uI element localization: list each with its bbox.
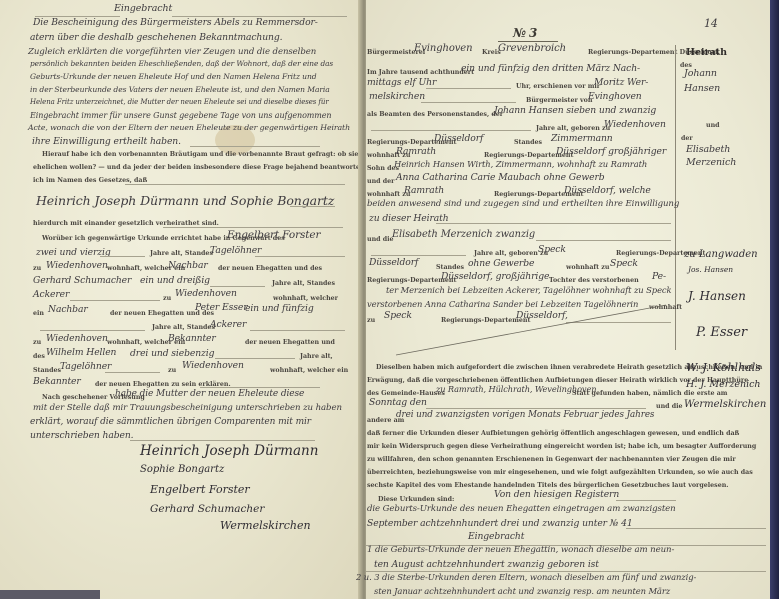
printed-label: Uhr, erschienen vor mir: [516, 84, 600, 90]
label: zu: [33, 266, 41, 272]
label: zu: [33, 340, 41, 346]
witness-2-relation: Nachbar: [48, 305, 88, 314]
label: ein: [33, 311, 44, 317]
printed-label: und der: [367, 179, 394, 185]
handwritten-entry: Düsseldorf, großjährige: [441, 272, 549, 281]
printed-body: daß ferner die Urkunden dieser Aufbietun…: [367, 431, 739, 437]
kreis-value: Grevenbroich: [498, 44, 566, 54]
paragraph-line: Zugleich erklärten die vorgeführten vier…: [28, 48, 316, 57]
label: der neuen Ehegatten und: [245, 340, 335, 346]
handwritten-entry: Speck: [538, 245, 566, 254]
witness-3-relation: Bekannter: [168, 334, 216, 343]
witness-3-occupation: Ackerer: [210, 320, 246, 329]
label: wohnhaft, welcher: [273, 296, 338, 302]
signature-groom: Heinrich Joseph Dürmann: [140, 445, 318, 459]
entry-number: 3: [529, 27, 537, 39]
first-publication-date: Sonntag den: [369, 398, 427, 407]
printed-label: als Beamten des Personenstandes, der: [367, 112, 503, 118]
signature-bride: Sophie Bongartz: [140, 465, 224, 475]
buergermeisterei-value: Evinghoven: [414, 44, 472, 54]
printed-und-die: und die: [656, 404, 683, 410]
paragraph-line: in der Sterbeurkunde des Vaters der neue…: [30, 86, 330, 94]
documents-line: Von den hiesigen Registern: [494, 490, 619, 499]
witness-4-residence: Wiedenhoven: [182, 361, 244, 370]
heading-eingebracht: Eingebracht: [114, 4, 172, 14]
witness-4-occupation: Tagelöhner: [60, 362, 111, 371]
closing-line: mit der Stelle daß mir Trauungsbescheini…: [33, 404, 342, 413]
second-publication-date: drei und zwanzigsten vorigen Monats Febr…: [396, 411, 654, 420]
printed-body: zu willfahren, den schon genannten Ersch…: [367, 457, 736, 463]
witness-3-name: Peter Esser: [195, 303, 248, 312]
witness-3-age: ein und fünfzig: [245, 304, 314, 313]
handwritten-entry: Elisabeth Merzenich zwanzig: [392, 230, 535, 240]
label: zu: [163, 296, 171, 302]
handwritten-entry: Pe-: [652, 272, 666, 281]
paragraph-line: Acte, wonach die von der Eltern der neue…: [28, 124, 350, 132]
printed-body: überreichten, beziehungsweise von mir ei…: [367, 470, 753, 476]
closing-line: erklärt, worauf die sämmtlichen übrigen …: [30, 418, 311, 427]
witness-2-residence: Wiedenhoven: [175, 289, 237, 298]
handwritten-entry: Düsseldorf: [369, 258, 418, 267]
margin-title: Heirath: [686, 48, 727, 58]
documents-line: Eingebracht: [468, 532, 524, 541]
closing-line: habe die Mutter der neuen Eheleute diese: [115, 390, 304, 399]
printed-label: Im Jahre tausend achthundert: [367, 70, 474, 76]
right-page: 14 № 3 Bürgermeisterei Evinghoven Kreis …: [366, 0, 770, 599]
margin-signature: P. Esser: [696, 326, 747, 339]
printed-label: Jahre alt, geboren zu: [536, 126, 610, 132]
margin-und: und: [706, 123, 720, 129]
label: des: [33, 354, 45, 360]
signature-witness-1: Engelbert Forster: [150, 484, 250, 495]
paragraph-line: Eingebracht immer für unsere Gunst gegeb…: [30, 112, 331, 120]
documents-label: Diese Urkunden sind:: [378, 497, 454, 503]
witness-3-residence: Wiedenhoven: [46, 334, 108, 343]
documents-line: 2 u. 3 die Sterbe-Urkunden deren Eltern,…: [356, 573, 696, 581]
handwritten-entry: Düsseldorf großjähriger: [556, 147, 666, 156]
margin-signature: Jos. Hansen: [688, 266, 733, 274]
handwritten-entry: mittags elf Uhr: [367, 78, 436, 87]
handwritten-entry: Düsseldorf: [434, 134, 483, 143]
witness-1-residence: Wiedenhoven: [46, 261, 108, 270]
margin-bride: Elisabeth Merzenich: [686, 143, 746, 169]
witness-1-occupation: Tagelöhner: [210, 246, 261, 255]
handwritten-entry: Ramrath: [396, 147, 436, 156]
paragraph-line: ihre Einwilligung ertheilt haben.: [32, 137, 181, 146]
printed-body: Statt gefunden haben, nämlich die erste …: [572, 391, 727, 397]
scan-edge: [0, 590, 100, 599]
paragraph-line: Geburts-Urkunde der neuen Eheleute Hof u…: [30, 73, 317, 81]
handwritten-entry: ohne Gewerbe: [468, 259, 534, 268]
left-page: Eingebracht Die Bescheinigung des Bürger…: [0, 0, 362, 599]
handwritten-entry: melskirchen: [369, 92, 425, 101]
book-cover-edge: [770, 0, 779, 599]
margin-der: der: [681, 136, 693, 142]
documents-line: September achtzehnhundert drei und zwanz…: [367, 519, 633, 528]
witness-2-name: Gerhard Schumacher: [33, 276, 131, 285]
handwritten-entry: beiden anwesend sind und zugegen sind un…: [367, 200, 679, 209]
margin-signature: zu Langwaden: [684, 250, 758, 260]
handwritten-entry: Evinghoven: [588, 92, 642, 101]
label: Standes: [33, 368, 61, 374]
witness-1-name: Engelbert Forster: [227, 230, 320, 241]
handwritten-entry: ter Merzenich bei Lebzeiten Ackerer, Tag…: [386, 286, 672, 294]
documents-line: ten August achtzehnhundert zwanzig gebor…: [374, 560, 599, 569]
handwritten-entry: Anna Catharina Carie Maubach ohne Gewerb: [396, 173, 605, 182]
documents-line: die Geburts-Urkunde des neuen Ehegatten …: [367, 505, 676, 514]
margin-signature: Wermelskirchen: [684, 400, 766, 410]
witness-2-occupation: Ackerer: [33, 290, 69, 299]
handwritten-entry: Zimmermann: [551, 134, 613, 143]
witness-4-name: Wilhelm Hellen: [46, 348, 116, 357]
paragraph-line: Die Bescheinigung des Bürgermeisters Abe…: [33, 18, 318, 27]
paragraph-line: atern über die deshalb geschehenen Bekan…: [30, 33, 282, 42]
printed-label: wohnhaft zu: [566, 265, 609, 271]
paragraph-line: persönlich bekannten beiden Eheschließen…: [30, 60, 333, 67]
label: wohnhaft, welcher ein: [270, 368, 348, 374]
documents-line: sten Januar achtzehnhundert acht und zwa…: [374, 587, 670, 595]
label: Jahre alt, Standes: [150, 251, 213, 257]
handwritten-entry: zu dieser Heirath: [369, 214, 449, 223]
label: Jahre alt, Standes: [272, 281, 335, 287]
witness-4-relation: Bekannter: [33, 377, 81, 386]
label: der neuen Ehegatten und des: [218, 266, 322, 272]
paragraph-line: Helena Fritz unterzeichnet, die Mutter d…: [30, 99, 329, 106]
handwritten-entry: Düsseldorf, welche: [564, 186, 651, 195]
margin-signature: H. J. Merzenich: [686, 380, 761, 390]
handwritten-entry: Wiedenhoven: [604, 120, 666, 129]
printed-label: Bürgermeister von: [526, 98, 592, 104]
printed-label: Standes: [514, 140, 542, 146]
handwritten-entry: Ramrath: [404, 186, 444, 195]
label: Jahre alt, Standes: [152, 325, 215, 331]
documents-line: 1 die Geburts-Urkunde der neuen Ehegatti…: [367, 546, 674, 555]
printed-body: mir kein Widerspruch gegen diese Verheir…: [367, 444, 756, 450]
printed-question: Hierauf habe ich den vorbenannten Bräuti…: [42, 152, 392, 158]
witness-4-age: drei und siebenzig: [130, 349, 214, 358]
witness-2-age: ein und dreißig: [140, 276, 210, 285]
handwritten-entry: ein und fünfzig den dritten März Nach-: [461, 64, 640, 73]
entry-number-label: №: [513, 27, 526, 39]
margin-signature: J. Hansen: [688, 290, 746, 302]
margin-groom: Johann Hansen: [684, 66, 744, 96]
printed-label: und die: [367, 237, 394, 243]
margin-signature: W. J. Kohlhals: [686, 362, 761, 373]
handwritten-entry: Johann Hansen sieben und zwanzig: [494, 106, 656, 115]
closing-line: unterschrieben haben.: [30, 431, 134, 440]
handwritten-entry: Speck: [610, 259, 638, 268]
label: Jahre alt,: [300, 354, 333, 360]
handwritten-entry: Heinrich Hansen Wirth, Zimmermann, wohnh…: [394, 160, 647, 168]
cancel-stroke: [366, 300, 676, 360]
printed-label: Tochter des verstorbenen: [549, 278, 639, 284]
handwritten-entry: Moritz Wer-: [594, 78, 648, 87]
signature-witness-2: Gerhard Schumacher: [150, 504, 264, 515]
signature-registrar: Wermelskirchen: [220, 520, 311, 531]
folio-number: 14: [704, 18, 718, 29]
witness-1-relation: Nachbar: [168, 261, 208, 270]
label: zu: [168, 368, 176, 374]
